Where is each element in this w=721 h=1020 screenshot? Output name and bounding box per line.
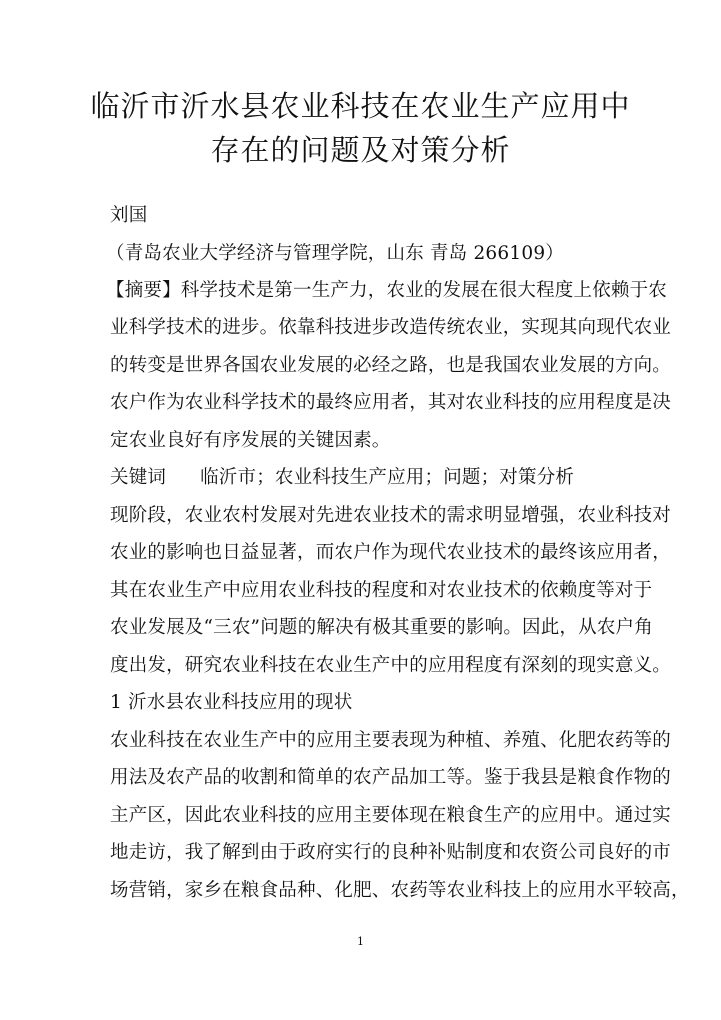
abstract-line: 农户作为农业科学技术的最终应用者，其对农业科技的应用程度是决	[110, 391, 614, 415]
abstract-line: 定农业良好有序发展的关键因素。	[110, 429, 614, 453]
body-line: 场营销，家乡在粮食品种、化肥、农药等农业科技上的应用水平较高，	[110, 879, 614, 903]
section-heading: 1 沂水县农业科技应用的现状	[110, 691, 614, 715]
abstract-line: 的转变是世界各国农业发展的必经之路，也是我国农业发展的方向。	[110, 354, 614, 378]
author-name: 刘国	[110, 204, 614, 228]
keywords-label: 关键词	[110, 467, 166, 488]
body-line: 其在农业生产中应用农业科技的程度和对农业技术的依赖度等对于	[110, 579, 614, 603]
body-line: 地走访，我了解到由于政府实行的良种补贴制度和农资公司良好的市	[110, 841, 614, 865]
abstract-line: 【摘要】科学技术是第一生产力，农业的发展在很大程度上依赖于农	[106, 279, 614, 303]
body-line: 农业发展及“三农”问题的解决有极其重要的影响。因此，从农户角	[110, 616, 614, 640]
body-line: 农业的影响也日益显著，而农户作为现代农业技术的最终该应用者，	[110, 541, 614, 565]
page-number: 1	[0, 935, 721, 948]
author-affiliation: （青岛农业大学经济与管理学院，山东 青岛 266109）	[106, 242, 610, 266]
body-line: 现阶段，农业农村发展对先进农业技术的需求明显增强，农业科技对	[110, 504, 614, 528]
keywords-value: 临沂市；农业科技生产应用；问题；对策分析	[200, 467, 574, 488]
body-line: 主产区，因此农业科技的应用主要体现在粮食生产的应用中。通过实	[110, 804, 614, 828]
body-line: 度出发，研究农业科技在农业生产中的应用程度有深刻的现实意义。	[110, 654, 614, 678]
paper-title-line-2: 存在的问题及对策分析	[0, 132, 721, 168]
paper-title-line-1: 临沂市沂水县农业科技在农业生产应用中	[0, 88, 721, 124]
body-line: 用法及农产品的收割和简单的农产品加工等。鉴于我县是粮食作物的	[110, 766, 614, 790]
abstract-line: 业科学技术的进步。依靠科技进步改造传统农业，实现其向现代农业	[110, 316, 614, 340]
body-line: 农业科技在农业生产中的应用主要表现为种植、养殖、化肥农药等的	[110, 729, 614, 753]
keywords: 关键词临沂市；农业科技生产应用；问题；对策分析	[110, 466, 614, 490]
